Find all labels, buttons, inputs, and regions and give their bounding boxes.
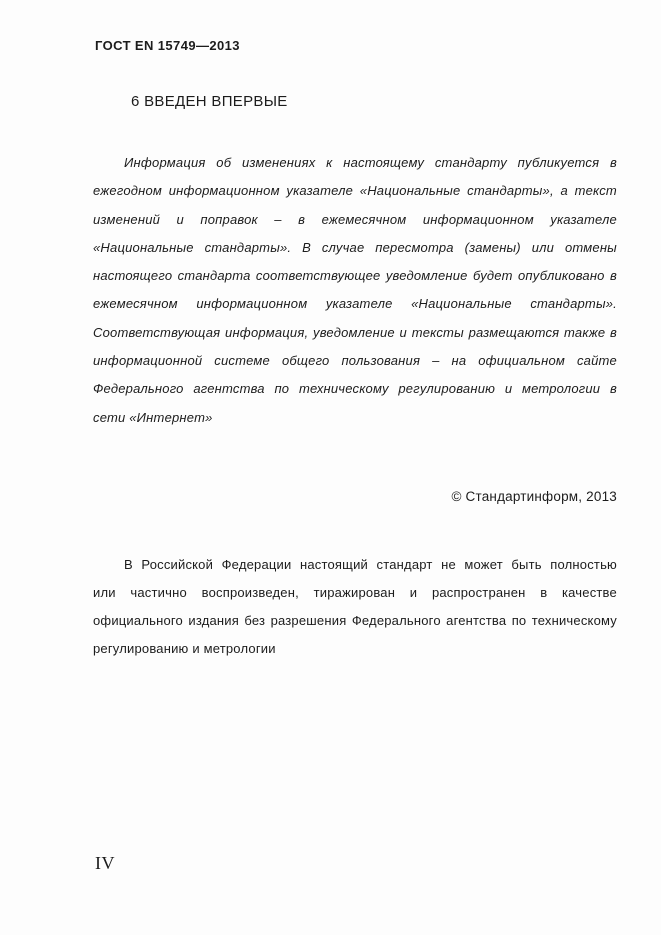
intro-line: ежемесячноминформационномуказателе«Нацио… — [93, 290, 617, 318]
intro-line: настоящегостандартасоответствующееуведом… — [93, 262, 617, 290]
legal-notice-paragraph: ВРоссийскойФедерациинастоящийстандартнем… — [93, 551, 617, 663]
intro-line: сети «Интернет» — [93, 404, 617, 432]
page-number: IV — [95, 853, 115, 874]
document-code-header: ГОСТ EN 15749—2013 — [95, 38, 240, 53]
section-heading: 6 ВВЕДЕН ВПЕРВЫЕ — [131, 93, 288, 110]
legal-line: ВРоссийскойФедерациинастоящийстандартнем… — [93, 551, 617, 579]
legal-line: иличастичновоспроизведен,тиражированирас… — [93, 579, 617, 607]
copyright-notice: © Стандартинформ, 2013 — [93, 489, 617, 504]
intro-line: «Национальныестандарты».Вслучаепересмотр… — [93, 234, 617, 262]
legal-line: официальногоизданиябезразрешенияФедераль… — [93, 607, 617, 635]
legal-line: регулированию и метрологии — [93, 635, 617, 663]
intro-line: ежегодноминформационномуказателе«Национа… — [93, 177, 617, 205]
document-page: ГОСТ EN 15749—2013 6 ВВЕДЕН ВПЕРВЫЕ Инфо… — [0, 0, 661, 935]
intro-line: Федеральногоагентствапотехническомурегул… — [93, 375, 617, 403]
intro-line: Информацияобизмененияхкнастоящемустандар… — [93, 149, 617, 177]
intro-line: измененийипоправок–вежемесячноминформаци… — [93, 206, 617, 234]
intro-line: информационнойсистемеобщегопользования–н… — [93, 347, 617, 375]
intro-note-paragraph: Информацияобизмененияхкнастоящемустандар… — [93, 149, 617, 432]
intro-line: Соответствующаяинформация,уведомлениеите… — [93, 319, 617, 347]
